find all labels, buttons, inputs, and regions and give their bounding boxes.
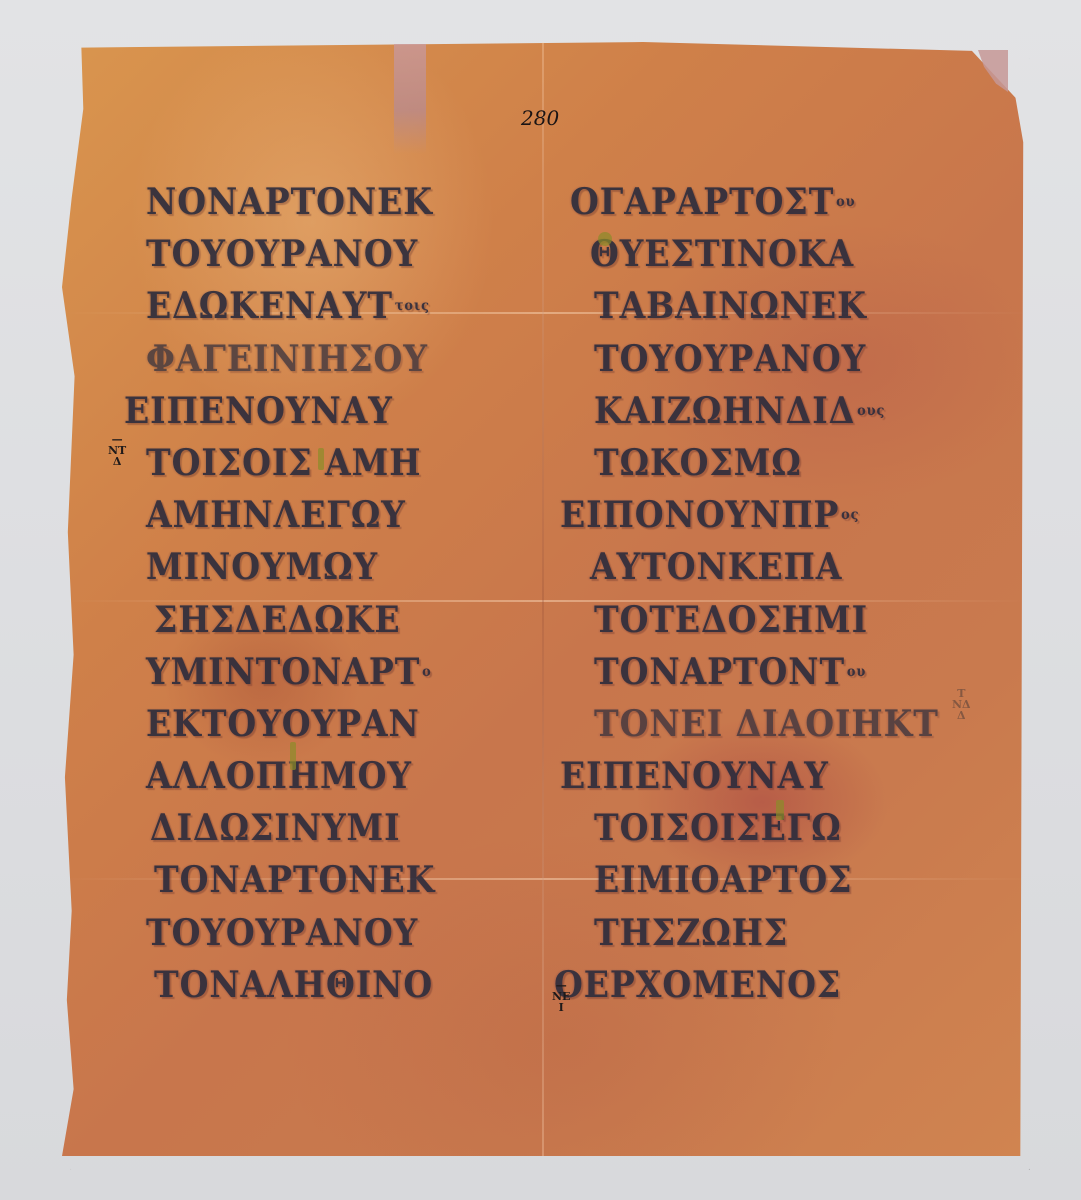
text-line: ΚΑΙΖΩΗΝΔΙΔους [594,385,912,437]
text-line: ΤΟΝΑΡΤΟΝΕΚ [154,854,505,906]
text-line: ΤΟΥΟΥΡΑΝΟΥ [146,228,505,280]
text-line: ΤΟΤΕΔΟΣΗΜΙ [594,594,912,646]
rubric-trace [598,232,612,246]
text-line: ΑΛΛΟΠΗΜΟΥ [146,750,505,802]
text-line: ΤΑΒΑΙΝΩΝΕΚ [594,280,912,332]
text-line: ΥΜΙΝΤΟΝΑΡΤο [146,646,505,698]
text-line: ΝΟΝΑΡΤΟΝΕΚ [146,176,505,228]
text-line: ΤΟΙΣΟΙΣΕΓΩ [594,802,912,854]
text-line: ΤΟΥΟΥΡΑΝΟΥ [594,333,912,385]
margin-note-left: — ΝΤ Δ [108,434,126,467]
text-line: ΤΟΝΑΡΤΟΝΤου [594,646,912,698]
text-line: ΣΗΣΔΕΔΩΚΕ [154,594,505,646]
text-line: ΦΑΓΕΙΝΙΗΣΟΥ [146,333,505,385]
text-line: ΟΕΡΧΟΜΕΝΟΣ [554,959,909,1011]
text-line: ΘΥΕΣΤΙΝΟΚΑ [590,228,912,280]
text-line: ΟΓΑΡΑΡΤΟΣΤου [570,176,910,228]
text-line: ΕΔΩΚΕΝΑΥΤτοις [146,280,505,332]
rubric-trace [776,800,784,820]
repair-strip [394,44,426,154]
left-text-column: ΝΟΝΑΡΤΟΝΕΚ ΤΟΥΟΥΡΑΝΟΥ ΕΔΩΚΕΝΑΥΤτοις ΦΑΓΕ… [146,176,536,1011]
text-line: ΤΟΝΕΙ ΔΙΑΟΙΗΚΤ [594,698,912,750]
text-line: ΤΟΙΣΟΙΣ ΑΜΗ [146,437,505,489]
text-line: ΤΗΣΖΩΗΣ [594,907,912,959]
text-line: ΜΙΝΟΥΜΩΥ [146,541,505,593]
text-line: ΤΩΚΟΣΜΩ [594,437,912,489]
text-line: ΕΙΠΟΝΟΥΝΠΡος [560,489,910,541]
center-crease [542,42,544,1156]
margin-note-side-right: Τ ΝΔ Δ [952,688,971,721]
text-line: ΕΙΜΙΟΑΡΤΟΣ [594,854,912,906]
folio-number: 280 [521,106,559,130]
text-line: ΕΙΠΕΝΟΥΝΑΥ [560,750,910,802]
rubric-trace [318,448,324,470]
rubric-trace [290,742,296,770]
text-line: ΤΟΝΑΛΗΘΙΝΟ [154,959,505,1011]
text-line: ΕΚΤΟΥΟΥΡΑΝ [146,698,505,750]
margin-note-bottom-right: — ΝΕ Ι [552,980,570,1013]
text-line: ΑΥΤΟΝΚΕΠΑ [590,541,912,593]
text-line: ΤΟΥΟΥΡΑΝΟΥ [146,907,505,959]
text-line: ΔΙΔΩΣΙΝΥΜΙ [150,802,505,854]
right-text-column: ΟΓΑΡΑΡΤΟΣΤου ΘΥΕΣΤΙΝΟΚΑ ΤΑΒΑΙΝΩΝΕΚ ΤΟΥΟΥ… [560,176,940,1011]
text-line: ΕΙΠΕΝΟΥΝΑΥ [124,385,503,437]
text-line: ΑΜΗΝΛΕΓΩΥ [146,489,505,541]
